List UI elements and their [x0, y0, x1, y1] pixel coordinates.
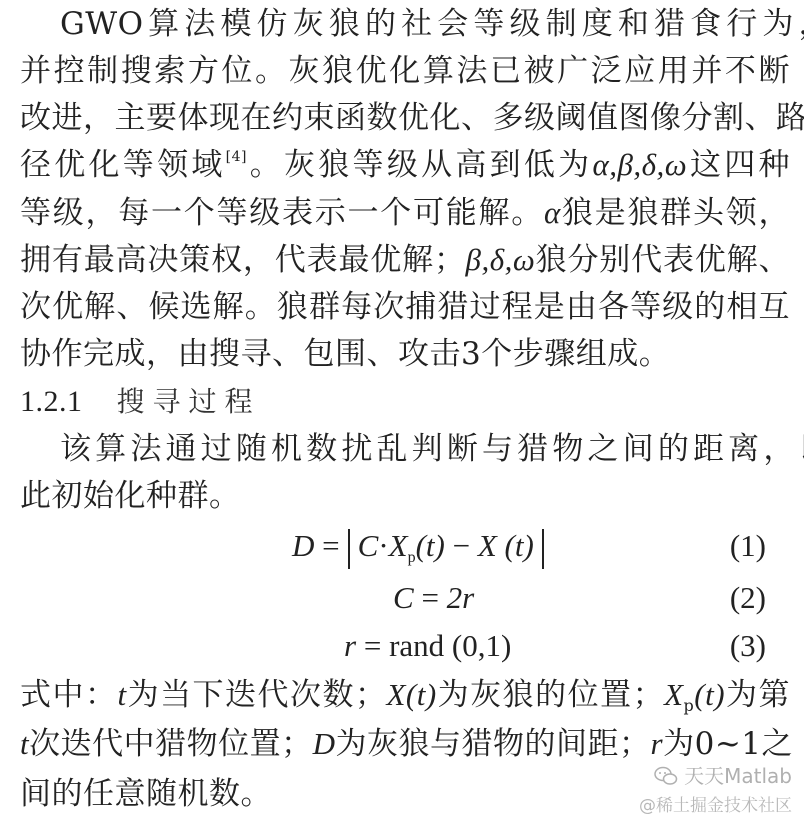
equation-2: C = 2r: [393, 574, 474, 622]
paragraph1-line7: 次优解、候选解。狼群每次捕猎过程是由各等级的相互: [20, 283, 790, 331]
paragraph2-line2: 此初始化种群。: [20, 472, 790, 520]
greek-beta-delta-omega: β,δ,ω: [466, 242, 536, 277]
equation-1-number: (1): [730, 522, 766, 570]
paragraph1-line2: 并控制搜索方位。灰狼优化算法已被广泛应用并不断: [20, 47, 790, 95]
abs-bar-right: [542, 529, 544, 569]
watermark-channel: 天天Matlab: [639, 760, 792, 789]
paragraph1-line3: 改进，主要体现在约束函数优化、多级阈值图像分割、路: [20, 94, 790, 142]
watermark-source: @稀土掘金技术社区: [639, 791, 792, 816]
greek-levels: α,β,δ,ω: [592, 147, 687, 182]
equation-3: r = rand (0,1): [344, 622, 511, 670]
paragraph1-line1: GWO算法模仿灰狼的社会等级制度和猎食行为，: [60, 0, 804, 48]
greek-alpha: α: [544, 195, 561, 230]
section-number: 1.2.1: [20, 385, 83, 418]
citation-ref: [4]: [226, 149, 247, 165]
equation-1: D =C·Xp(t) − X (t): [292, 522, 552, 570]
paragraph2-line1: 该算法通过随机数扰乱判断与猎物之间的距离，以: [60, 425, 804, 473]
equation-3-number: (3): [730, 622, 766, 670]
paragraph1-line8: 协作完成，由搜寻、包围、攻击3个步骤组成。: [20, 330, 790, 378]
equation-2-number: (2): [730, 574, 766, 622]
section-heading: 1.2.1搜寻过程: [20, 378, 790, 426]
paragraph1-line4: 径优化等领域[4]。灰狼等级从高到低为α,β,δ,ω这四种: [20, 141, 790, 189]
wechat-icon: [654, 766, 678, 786]
watermark: 天天Matlab @稀土掘金技术社区: [639, 760, 792, 816]
paragraph1-line5: 等级，每一个等级表示一个可能解。α狼是狼群头领，: [20, 189, 790, 237]
paragraph1-line6: 拥有最高决策权，代表最优解；β,δ,ω狼分别代表优解、: [20, 236, 790, 284]
section-title: 搜寻过程: [117, 385, 261, 418]
abs-bar-left: [348, 529, 350, 569]
paragraph3-line1: 式中：t为当下迭代次数；X(t)为灰狼的位置；Xp(t)为第: [20, 671, 790, 719]
